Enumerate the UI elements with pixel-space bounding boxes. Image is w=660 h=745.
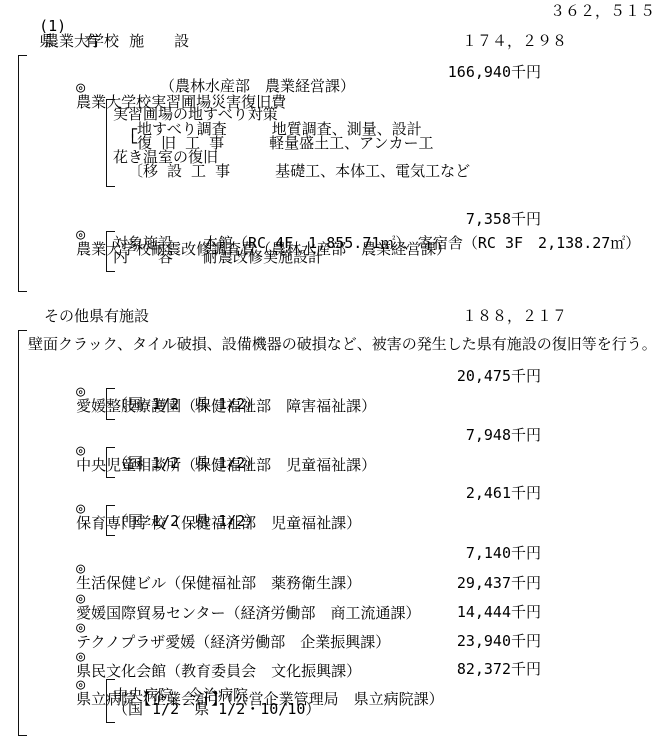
item-amount: 82,372千円: [457, 662, 541, 677]
detail-line: 〔移 設 工 事 基礎工、本体工、電気工など: [128, 164, 470, 179]
section-total: ３６２，５１５: [550, 4, 655, 19]
item-amount: 2,461千円: [466, 486, 541, 501]
outer-bracket-agri: [18, 55, 27, 292]
item-amount: 29,437千円: [457, 576, 541, 591]
item-amount: 20,475千円: [457, 369, 541, 384]
subsection-title-agri: 農業大学校: [44, 34, 119, 49]
subsection-title-other: その他県有施設: [44, 309, 149, 324]
cost-share-note: （国 1/2 県 1/2・10/10）: [113, 702, 320, 717]
outer-bracket-other: [18, 330, 27, 736]
cost-share-note: （国 1/2 県 1/2）: [113, 514, 260, 529]
subsection-total-other: １８８，２１７: [462, 309, 567, 324]
subsection-note: 壁面クラック、タイル破損、設備機器の破損など、被害の発生した県有施設の復旧等を行…: [28, 337, 657, 352]
cost-share-note: （国 1/2 県 1/2）: [113, 456, 260, 471]
subsection-total-agri: １７４，２９８: [462, 34, 567, 49]
item-amount: 14,444千円: [457, 605, 541, 620]
cost-share-note: （国 1/2 県 1/2）: [113, 397, 260, 412]
item-amount: 7,140千円: [466, 546, 541, 561]
item-department: （農林水産部 農業経営課）: [160, 79, 355, 94]
item-amount: 166,940千円: [448, 65, 541, 80]
detail-line: 内 容 耐震改修実施設計: [113, 250, 323, 265]
item-amount: 23,940千円: [457, 634, 541, 649]
item-amount: 7,948千円: [466, 428, 541, 443]
document-page: (1) 県 有 施 設 ３６２，５１５ 農業大学校 １７４，２９８ ◎ 農業大学…: [0, 0, 660, 745]
item-amount: 7,358千円: [466, 212, 541, 227]
